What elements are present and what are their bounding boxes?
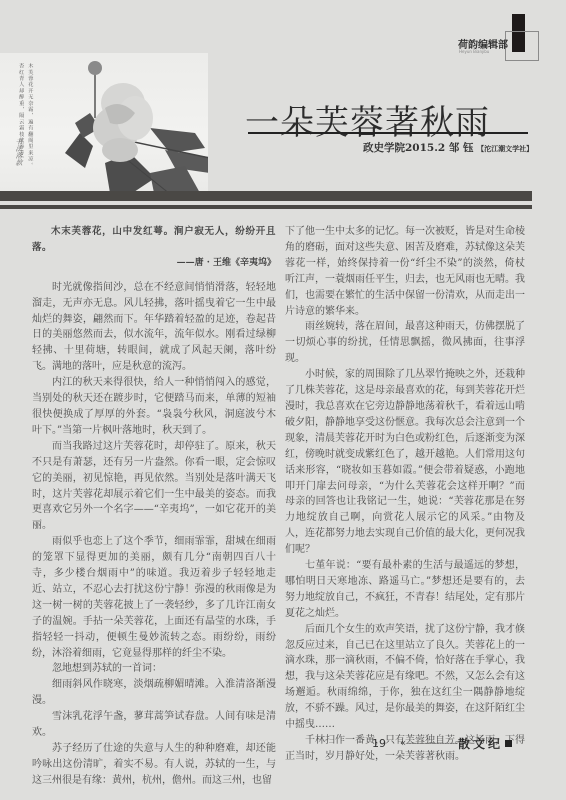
calligraphy-line: 木芙蓉花开无奈霜，遍有翻阁里来凉。 — [27, 63, 32, 168]
header-rule-thin — [0, 205, 532, 209]
title-underline — [248, 132, 528, 134]
square-icon — [505, 740, 512, 747]
byline-author: 邹 钰 — [449, 142, 474, 154]
paragraph: 雨丝婉转，落在眉间，最喜这种雨天，仿佛摆脱了一切烦心事的纷扰，任情思飘摇，微风拂… — [285, 319, 525, 367]
section-name-pinyin: Heyun Bianjibu — [459, 49, 489, 54]
paragraph-continued: 下了他一生中太多的记忆。每一次被贬，皆是对生命棱角的磨砺，面对这些失意、困苦及磨… — [285, 224, 525, 319]
page-footer: 19 « -------------------- 散文纪 — [372, 735, 512, 752]
poem-line: 雪沫乳花浮午盏，蓼茸蒿笋试春盘。人间有味是清欢。 — [32, 709, 276, 741]
epigraph-source: ——唐 · 王维《辛夷坞》 — [32, 256, 276, 272]
page-number: 19 — [372, 737, 386, 750]
hibiscus-photo: 木芙蓉花开无奈霜，遍有翻阁里来凉。 杏红青人却醉重，隔云霜枝欲添芳。 书法落款 — [0, 53, 208, 192]
epigraph-text: 木末芙蓉花，山中发红萼。涧户寂无人，纷纷开且落。 — [32, 224, 276, 256]
magazine-name: 散文纪 — [458, 735, 503, 752]
paragraph: 后面几个女生的欢声笑语，扰了这份宁静，我才倏忽反应过来，自己已在这里站立了良久。… — [285, 622, 525, 733]
poem-line: 细雨斜风作晓寒，淡烟疏柳媚晴滩。入淮清洛渐漫漫。 — [32, 677, 276, 709]
byline-club: 【沱江潮文学社】 — [477, 144, 533, 153]
calligraphy-signature: 书法落款 — [14, 138, 24, 166]
paragraph: 内江的秋天来得很快，给人一种悄悄闯入的感觉，当别处的秋天还在踱步时，它便踏马而来… — [32, 375, 276, 439]
paragraph: 而当我路过这片芙蓉花时，却停驻了。原来，秋天不只是有萧瑟，还有另一片盎然。你看一… — [32, 439, 276, 534]
paragraph: 忽地想到苏轼的一首词： — [32, 661, 276, 677]
byline: 政史学院2015.2 邹 钰 【沱江潮文学社】 — [363, 140, 533, 155]
footer-dashes: -------------------- — [406, 739, 457, 749]
hibiscus-flower-icon — [55, 58, 208, 192]
paragraph: 七堇年说：“要有最朴素的生活与最遥远的梦想，哪怕明日天寒地冻、路遥马亡。”梦想还… — [285, 558, 525, 622]
article-column-left: 木末芙蓉花，山中发红萼。涧户寂无人，纷纷开且落。 ——唐 · 王维《辛夷坞》 时… — [32, 224, 276, 789]
paragraph: 小时候，家的周围除了几丛翠竹掩映之外，还栽种了几株芙蓉花，这是母亲最喜欢的花，每… — [285, 367, 525, 558]
article-title: 一朵芙蓉著秋雨 — [245, 95, 490, 144]
paragraph: 时光就像指间沙，总在不经意间悄悄滑落，轻轻地溜走，无声亦无息。风儿轻拂，落叶摇曳… — [32, 280, 276, 375]
article-column-right: 下了他一生中太多的记忆。每一次被贬，皆是对生命棱角的磨砺，面对这些失意、困苦及磨… — [285, 224, 525, 765]
logo-frame — [505, 31, 539, 61]
header-rule-thick — [0, 191, 532, 201]
paragraph: 苏子经历了仕途的失意与人生的种种磨难，却还能吟咏出这份清旷，着实不易。有人说，苏… — [32, 741, 276, 789]
section-logo: 荷韵编辑部 Heyun Bianjibu — [488, 14, 546, 58]
byline-school: 政史学院2015.2 — [363, 142, 445, 154]
paragraph: 雨似乎也恋上了这个季节，细雨霏霏，甜城在细雨的笼罩下显得更加的美丽，颇有几分“南… — [32, 534, 276, 661]
